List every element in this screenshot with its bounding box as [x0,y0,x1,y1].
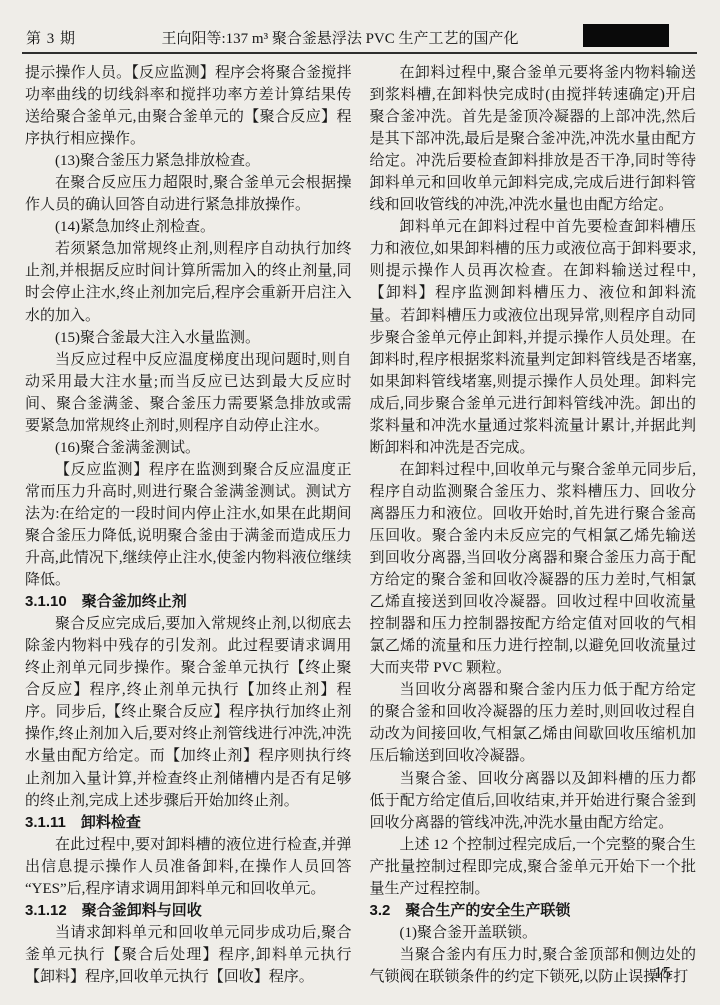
header-running-title: 王向阳等:137 m³ 聚合釜悬浮法 PVC 生产工艺的国产化 [100,27,580,48]
paragraph: 上述 12 个控制过程完成后,一个完整的聚合生产批量控制过程即完成,聚合釜单元开… [370,834,697,900]
section-heading: 3.2 聚合生产的安全生产联锁 [370,900,697,922]
header-issue-label: 第 3 期 [26,27,76,48]
header-rule [22,52,697,54]
paragraph: 在卸料过程中,聚合釜单元要将釜内物料输送到浆料槽,在卸料快完成时(由搅拌转速确定… [370,62,697,216]
section-heading: 3.1.11 卸料检查 [25,812,352,834]
paragraph: 提示操作人员。【反应监测】程序会将聚合釜搅拌功率曲线的切线斜率和搅拌功率方差计算… [25,62,352,150]
paragraph: (16)聚合釜满釜测试。 [25,437,352,459]
paragraph: 在卸料过程中,回收单元与聚合釜单元同步后,程序自动监测聚合釜压力、浆料槽压力、回… [370,459,697,679]
article-body: 提示操作人员。【反应监测】程序会将聚合釜搅拌功率曲线的切线斜率和搅拌功率方差计算… [25,62,696,988]
right-column: 在卸料过程中,聚合釜单元要将釜内物料输送到浆料槽,在卸料快完成时(由搅拌转速确定… [370,62,697,988]
paragraph: (15)聚合釜最大注入水量监测。 [25,327,352,349]
paragraph: (13)聚合釜压力紧急排放检查。 [25,150,352,172]
left-column: 提示操作人员。【反应监测】程序会将聚合釜搅拌功率曲线的切线斜率和搅拌功率方差计算… [25,62,352,988]
section-heading: 3.1.12 聚合釜卸料与回收 [25,900,352,922]
paragraph: 卸料单元在卸料过程中首先要检查卸料槽压力和液位,如果卸料槽的压力或液位高于卸料要… [370,216,697,459]
page-number: 15 [654,963,671,983]
paragraph: 当聚合釜内有压力时,聚合釜顶部和侧边处的气锁阀在联锁条件的约定下锁死,以防止误操… [370,944,697,988]
paragraph: 当聚合釜、回收分离器以及卸料槽的压力都低于配方给定值后,回收结束,并开始进行聚合… [370,768,697,834]
paragraph: 在此过程中,要对卸料槽的液位进行检查,并弹出信息提示操作人员准备卸料,在操作人员… [25,834,352,900]
section-heading: 3.1.10 聚合釜加终止剂 [25,591,352,613]
paragraph: 当回收分离器和聚合釜内压力低于配方给定的聚合釜和回收冷凝器的压力差时,则回收过程… [370,679,697,767]
paragraph: 当请求卸料单元和回收单元同步成功后,聚合釜单元执行【聚合后处理】程序,卸料单元执… [25,922,352,988]
paragraph: 在聚合反应压力超限时,聚合釜单元会根据操作人员的确认回答自动进行紧急排放操作。 [25,172,352,216]
redaction-box [583,24,669,47]
paragraph: 聚合反应完成后,要加入常规终止剂,以彻底去除釜内物料中残存的引发剂。此过程要请求… [25,613,352,811]
journal-page: 第 3 期 王向阳等:137 m³ 聚合釜悬浮法 PVC 生产工艺的国产化 提示… [0,0,720,1005]
paragraph: (1)聚合釜开盖联锁。 [370,922,697,944]
paragraph: 若须紧急加常规终止剂,则程序自动执行加终止剂,并根据反应时间计算所需加入的终止剂… [25,238,352,326]
paragraph: (14)紧急加终止剂检查。 [25,216,352,238]
paragraph: 当反应过程中反应温度梯度出现问题时,则自动采用最大注水量;而当反应已达到最大反应… [25,349,352,437]
paragraph: 【反应监测】程序在监测到聚合反应温度正常而压力升高时,则进行聚合釜满釜测试。测试… [25,459,352,591]
